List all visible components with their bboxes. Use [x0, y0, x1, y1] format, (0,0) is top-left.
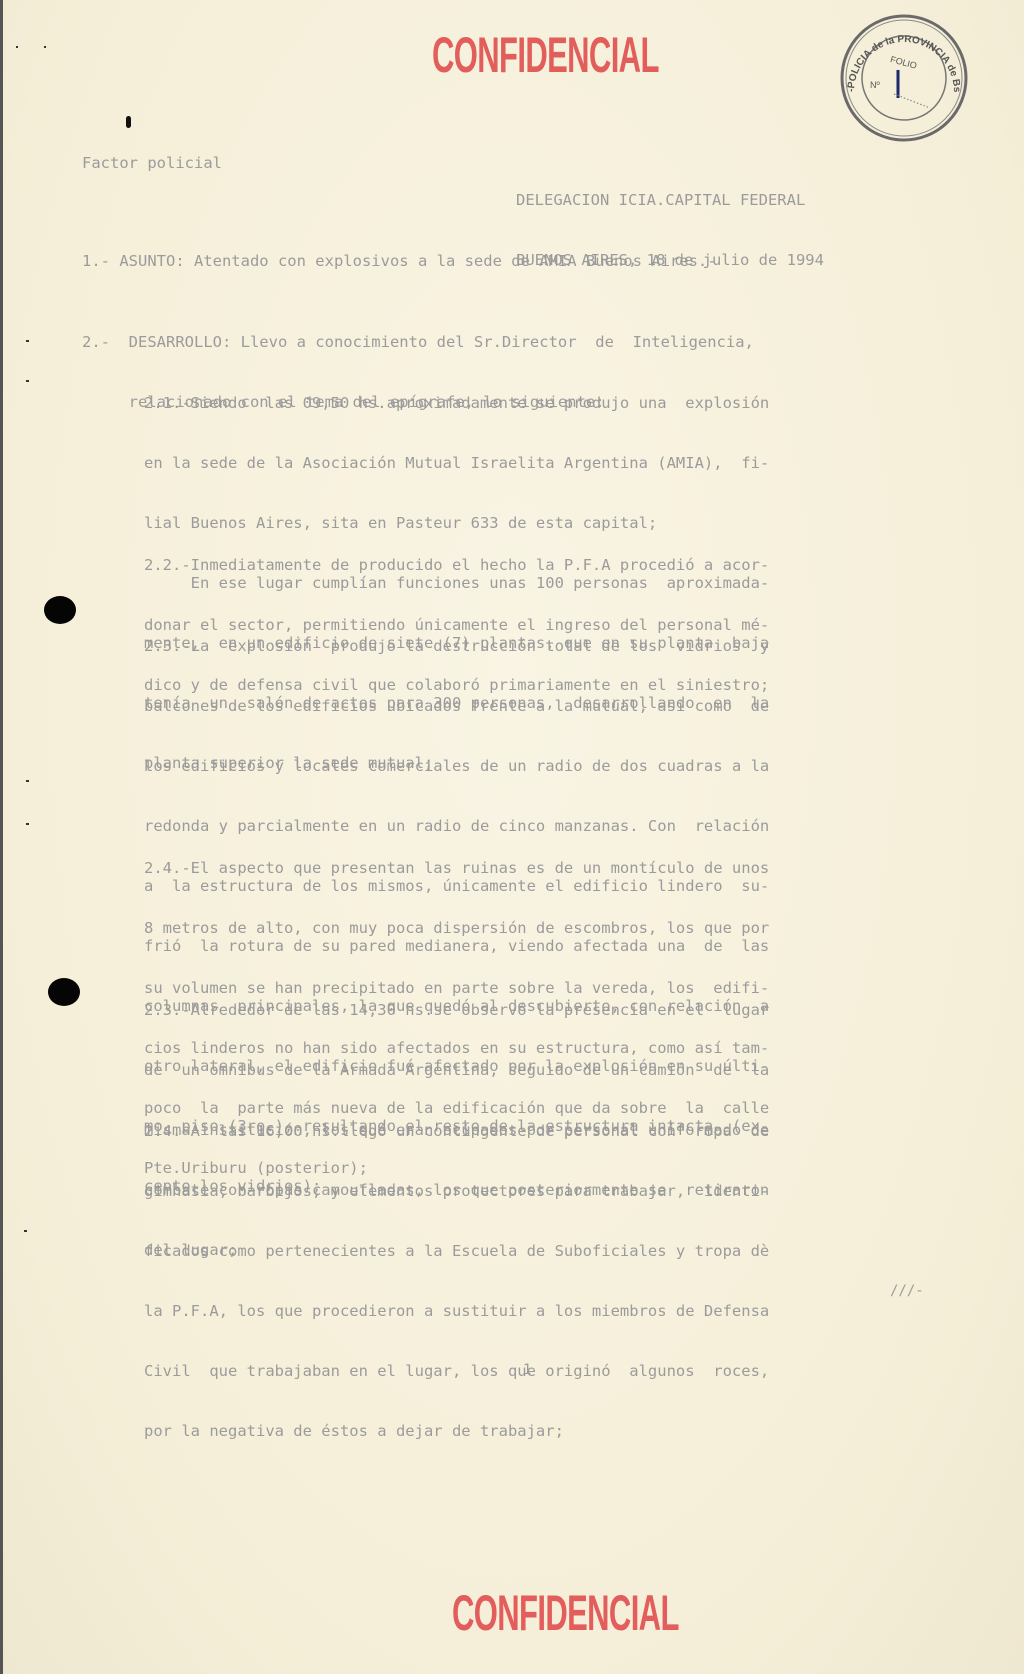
confidential-stamp-top: CONFIDENCIAL — [432, 26, 659, 84]
page-number: 1 — [523, 1360, 531, 1380]
margin-dot — [26, 780, 29, 782]
subject-line: 1.- ASUNTO: Atentado con explosivos a la… — [82, 251, 717, 271]
header-section-label: Factor policial — [82, 153, 222, 173]
ink-dot — [16, 46, 18, 48]
ink-dot — [44, 46, 46, 48]
seal-number-label: Nº — [870, 80, 880, 90]
para-line: 8 metros de alto, con muy poca dispersió… — [144, 918, 769, 938]
header-office-date: DELEGACION ICIA.CAPITAL FEDERAL BUENOS A… — [516, 150, 824, 310]
ink-speck — [126, 116, 131, 128]
paragraph-2-4-second: 2.4.-A las 16,00 hs.llegó un contingente… — [144, 1081, 769, 1481]
para-line: 2.3.-La explosión produjo la destrucción… — [144, 636, 769, 656]
margin-dot — [26, 340, 29, 342]
para-line: en la sede de la Asociación Mutual Israe… — [144, 453, 769, 473]
para-line: 2.4.-A las 16,00 hs.llegó un contingente… — [144, 1121, 769, 1141]
header-office: DELEGACION ICIA.CAPITAL FEDERAL — [516, 190, 824, 210]
para-line: de un omnibus de la Armada Argentina, se… — [144, 1060, 769, 1080]
punch-hole — [48, 978, 80, 1006]
page-edge-shadow — [0, 0, 3, 1674]
police-seal-stamp: -POLICIA de la PROVINCIA de Bs.As. FOLIO… — [838, 12, 970, 144]
margin-dot — [26, 380, 29, 382]
margin-dot — [24, 1230, 27, 1232]
document-page: CONFIDENCIAL -POLICIA de la PROVINCIA de… — [0, 0, 1024, 1674]
para-line: 2.2.-Inmediatamente de producido el hech… — [144, 555, 769, 575]
para-line: balcones de los edificios ubicados frent… — [144, 696, 769, 716]
para-line: 2.4.-El aspecto que presentan las ruinas… — [144, 858, 769, 878]
para-line: por la negativa de éstos a dejar de trab… — [144, 1421, 769, 1441]
seal-folio-label: FOLIO — [889, 54, 918, 71]
confidential-stamp-bottom: CONFIDENCIAL — [452, 1584, 679, 1642]
para-line: ficados como pertenecientes a la Escuela… — [144, 1241, 769, 1261]
para-line: la P.F.A, los que procedieron a sustitui… — [144, 1301, 769, 1321]
para-line: gimnasia, barbijos, y elementos protecto… — [144, 1181, 769, 1201]
svg-text:-POLICIA de la PROVINCIA de Bs: -POLICIA de la PROVINCIA de Bs.As. — [838, 12, 962, 93]
para-line: Civil que trabajaban en el lugar, los qu… — [144, 1361, 769, 1381]
para-line: 2.1.-Siendo las 09,50 hs.aproximadamente… — [144, 393, 769, 413]
seal-outer-text: -POLICIA de la PROVINCIA de Bs.As. — [838, 12, 962, 93]
margin-dot — [26, 823, 29, 825]
para-line: 2.3.-Alrededor de las 14,30 hs.se observ… — [144, 1000, 769, 1020]
punch-hole — [44, 596, 76, 624]
development-line-1: 2.- DESARROLLO: Llevo a conocimiento del… — [82, 332, 754, 352]
para-line: los edificios y locales comerciales de u… — [144, 756, 769, 776]
continuation-mark: ///- — [890, 1281, 924, 1301]
